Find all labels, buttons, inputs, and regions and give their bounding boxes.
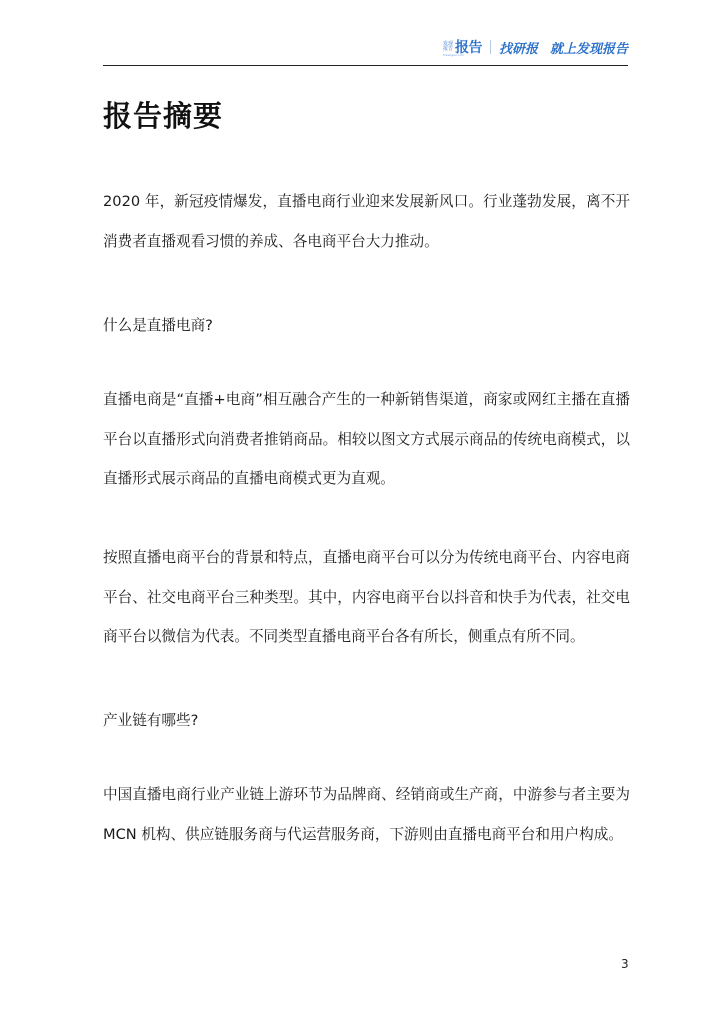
logo-url: fxbaogao.com: [443, 53, 464, 57]
page-number: 3: [621, 957, 629, 971]
page-header: 发现 报告 报告 fxbaogao.com 找研报 就上发现报告: [443, 36, 628, 58]
header-slogan-find: 找研报: [499, 38, 538, 57]
header-divider: [490, 40, 491, 54]
fxbaogao-logo: 发现 报告 报告 fxbaogao.com: [443, 37, 482, 57]
logo-small-text: 发现 报告: [443, 42, 453, 52]
header-rule: [103, 65, 628, 66]
header-slogan-discover: 就上发现报告: [550, 38, 628, 57]
intro-paragraph: 2020 年，新冠疫情爆发，直播电商行业迎来发展新风口。行业蓬勃发展，离不开消费…: [103, 182, 630, 261]
industry-chain-paragraph: 中国直播电商行业产业链上游环节为品牌商、经销商或生产商，中游参与者主要为 MCN…: [103, 775, 630, 854]
page-title: 报告摘要: [103, 94, 223, 135]
question-industry-chain: 产业链有哪些?: [103, 709, 198, 730]
logo-small-bottom: 报告: [443, 47, 453, 52]
platform-types-paragraph: 按照直播电商平台的背景和特点，直播电商平台可以分为传统电商平台、内容电商平台、社…: [103, 538, 630, 657]
definition-paragraph: 直播电商是“直播+电商”相互融合产生的一种新销售渠道，商家或网红主播在直播平台以…: [103, 380, 630, 499]
question-what-is-live-ecommerce: 什么是直播电商?: [103, 314, 213, 335]
